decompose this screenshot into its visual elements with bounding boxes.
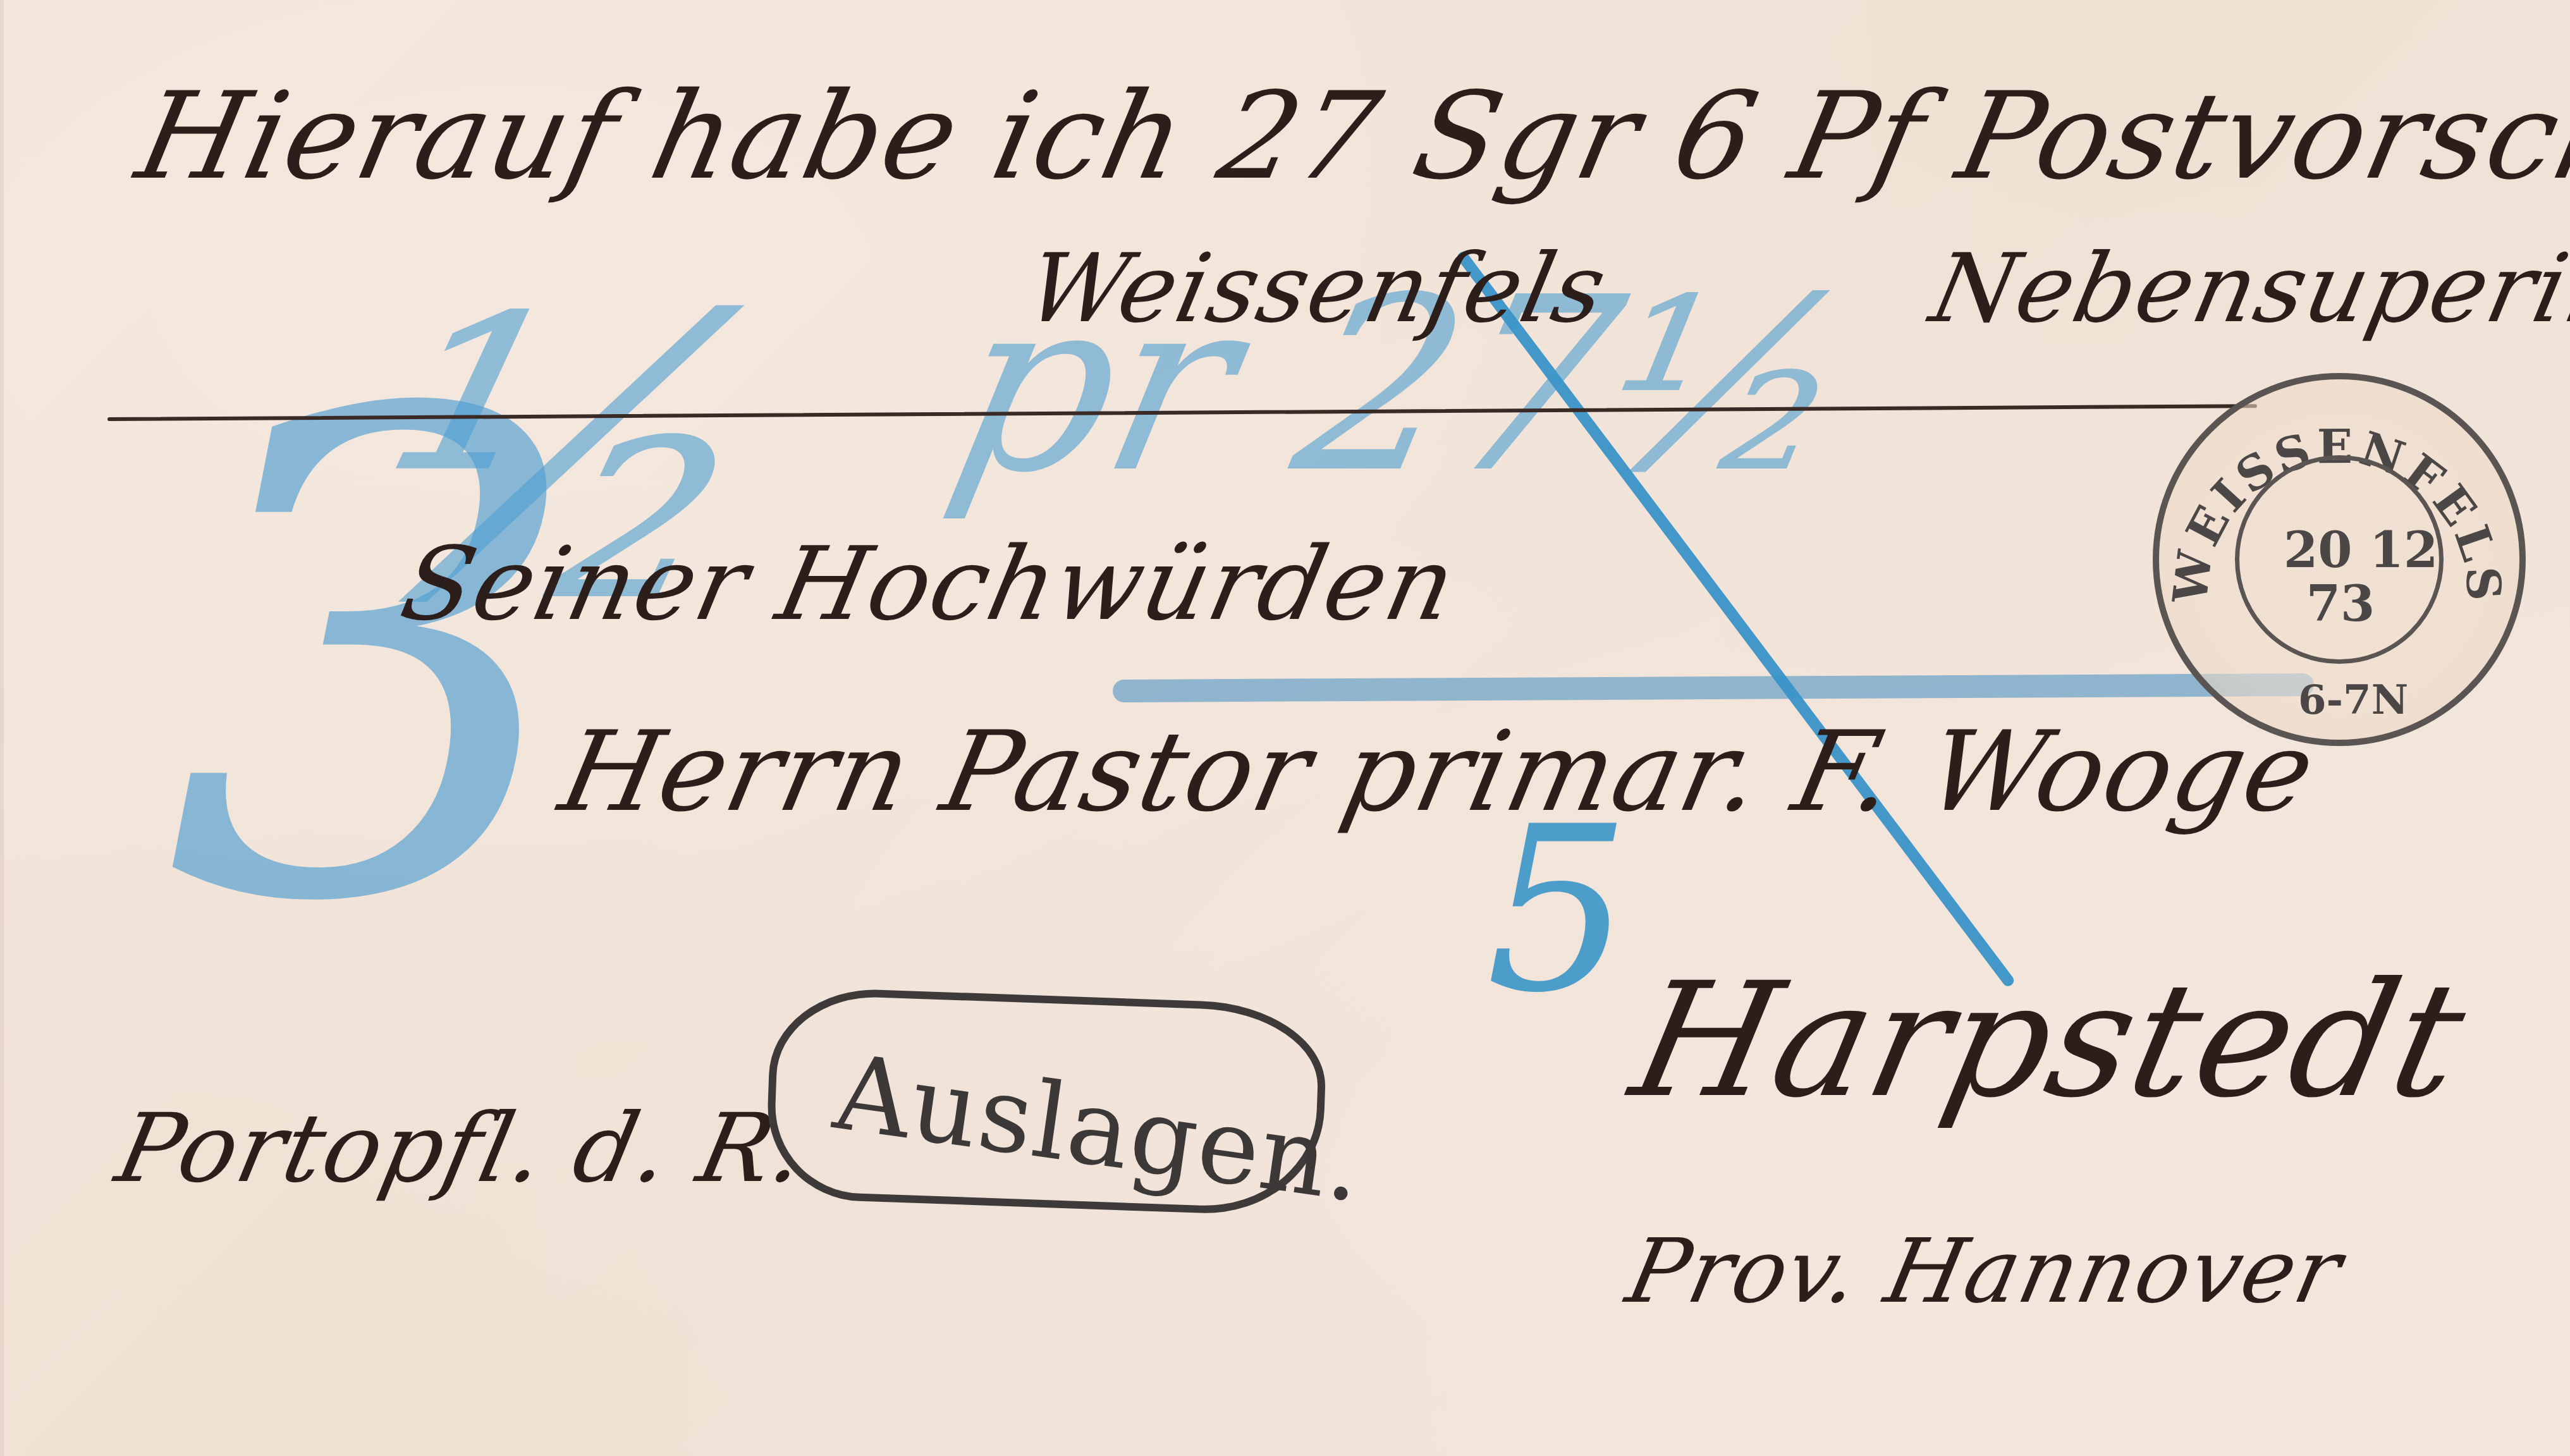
addressee: Herrn Pastor primar. F. Wooge xyxy=(550,708,2326,836)
sender-place: Weissenfels xyxy=(1018,234,1616,344)
sender-title: Nebensuperint. xyxy=(1922,234,2570,344)
postmark-inner-ring: 20 12 73 xyxy=(2235,455,2444,664)
destination-town: Harpstedt xyxy=(1618,948,2481,1132)
envelope-edge xyxy=(0,0,4,1456)
cachet-text: Auslagen. xyxy=(828,1031,1371,1225)
postmark-year: 73 xyxy=(2284,580,2397,629)
destination-province: Prov. Hannover xyxy=(1618,1220,2351,1323)
postmark-time: 6-7N xyxy=(2298,676,2408,724)
auslagen-cachet: Auslagen. xyxy=(764,986,1328,1218)
receipt-line: Hierauf habe ich 27 Sgr 6 Pf Postvorschu… xyxy=(126,66,2570,206)
postmark-date: 20 12 xyxy=(2284,526,2397,575)
envelope: 3 ½ pr 27½ 5 Hierauf habe ich 27 Sgr 6 P… xyxy=(0,0,2570,1456)
crayon-underline xyxy=(1113,673,2314,702)
postmark: WEISSENFELS 20 12 73 6-7N xyxy=(2153,373,2526,746)
salutation: Seiner Hochwürden xyxy=(392,525,1466,643)
service-note: Portopfl. d. R. xyxy=(107,1094,816,1204)
